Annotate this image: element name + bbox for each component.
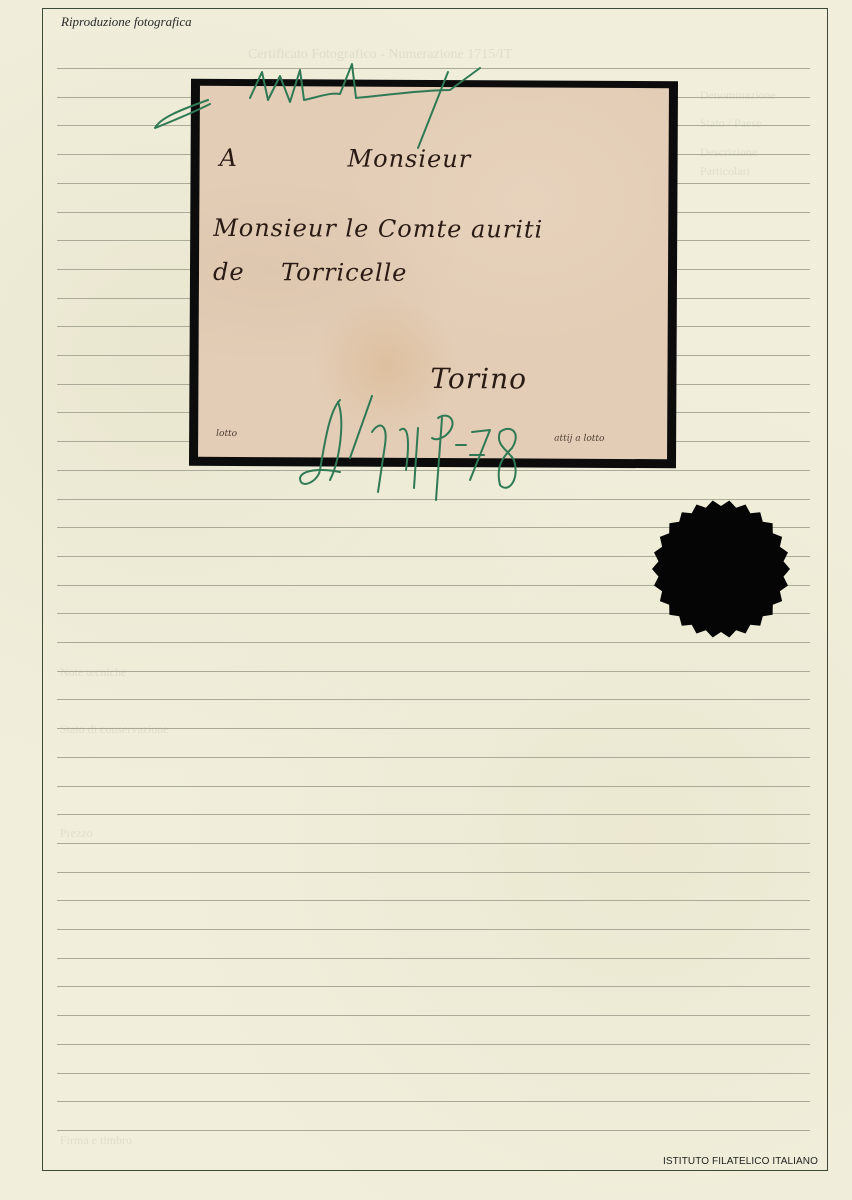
ruled-line [57, 728, 810, 729]
ruled-line [57, 1015, 810, 1016]
green-ink-annotation-bottom [0, 0, 852, 520]
ruled-line [57, 958, 810, 959]
ruled-line [57, 699, 810, 700]
ruled-line [57, 1101, 810, 1102]
ruled-line [57, 929, 810, 930]
ruled-line [57, 786, 810, 787]
ruled-line [57, 986, 810, 987]
ruled-line [57, 642, 810, 643]
ruled-line [57, 671, 810, 672]
issuer-label: ISTITUTO FILATELICO ITALIANO [663, 1156, 818, 1167]
ghost-line: Firma e timbro [60, 1133, 132, 1148]
ruled-line [57, 900, 810, 901]
ghost-line: Note tecniche [60, 665, 126, 680]
seal-redaction-icon [652, 499, 790, 639]
ruled-line [57, 872, 810, 873]
ruled-line [57, 843, 810, 844]
ghost-line: Prezzo [60, 826, 93, 841]
ruled-line [57, 814, 810, 815]
ruled-line [57, 1073, 810, 1074]
ghost-line: Stato di conservazione [60, 722, 169, 737]
ruled-line [57, 1130, 810, 1131]
ruled-line [57, 757, 810, 758]
ruled-line [57, 1044, 810, 1045]
